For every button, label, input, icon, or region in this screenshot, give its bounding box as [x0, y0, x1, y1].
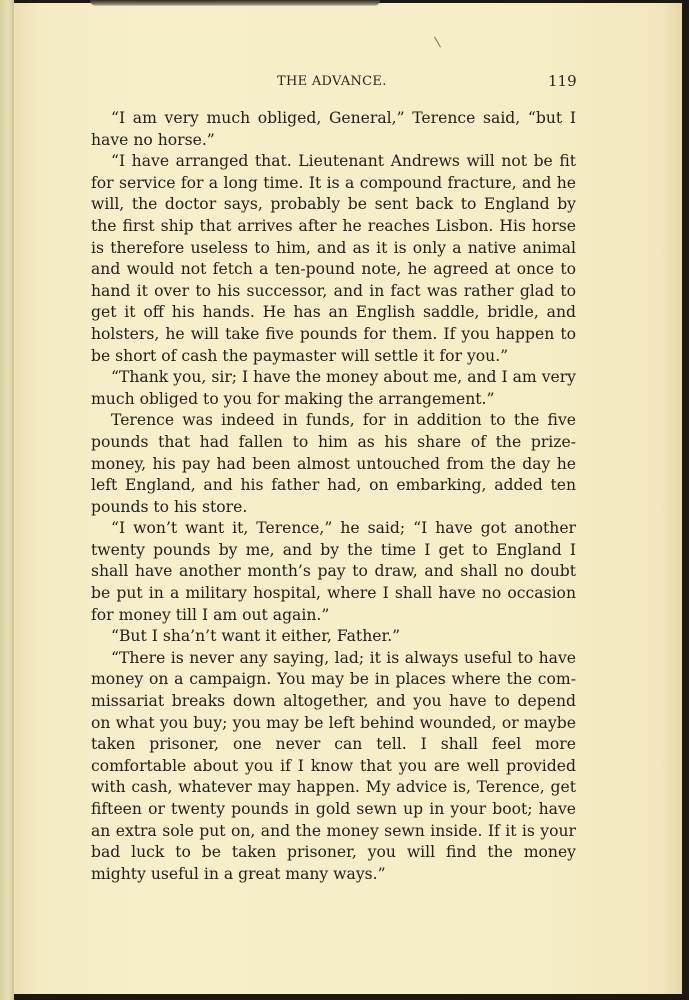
running-head: THE ADVANCE. — [277, 74, 387, 89]
paragraph: “There is never any saying, lad; it is a… — [91, 648, 576, 886]
body-text: “I am very much obliged, General,” Teren… — [91, 108, 576, 885]
page-gutter — [0, 0, 14, 1000]
paragraph: “Thank you, sir; I have the money about … — [91, 367, 576, 410]
paragraph: “I won’t want it, Terence,” he said; “I … — [91, 518, 576, 626]
paragraph: “But I sha’n’t want it either, Father.” — [91, 626, 576, 648]
paragraph: “I have arranged that. Lieutenant Andrew… — [91, 151, 576, 367]
scanned-page-view: THE ADVANCE. 119 “I am very much obliged… — [0, 0, 689, 1000]
page-top-edge — [90, 0, 380, 6]
paragraph: Terence was indeed in funds, for in addi… — [91, 410, 576, 518]
page-bottom-edge — [14, 994, 689, 1000]
paragraph: “I am very much obliged, General,” Teren… — [91, 108, 576, 151]
page-number: 119 — [548, 72, 577, 90]
